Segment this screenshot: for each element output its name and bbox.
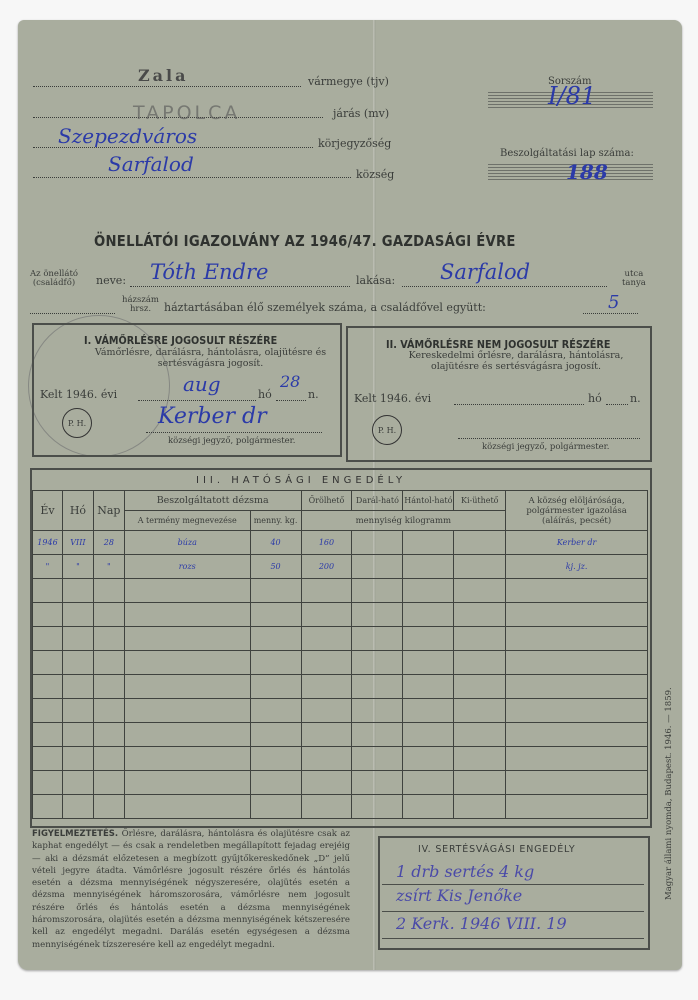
warning-notice: FIGYELMEZTETÉS. Őrlésre, darálásra, hánt… [32,828,350,951]
col-levy-group: Beszolgáltatott dézsma [124,491,301,511]
table-cell-husk [403,795,454,819]
table-cell-qty: 50 [250,555,301,579]
county-line [33,86,301,87]
table-cell-day [93,723,124,747]
col-quantity: menny. kg. [250,511,301,531]
table-cell-cert: kj. jz. [506,555,648,579]
table-cell-month [62,771,93,795]
table-cell-press [454,627,506,651]
col-huskable: Hántol-ható [403,491,454,511]
table-cell-husk [403,699,454,723]
county-value: Zala [138,66,189,85]
table-cell-press [454,723,506,747]
table-cell-year [33,771,63,795]
table-cell-mill [352,771,403,795]
table-cell-day [93,795,124,819]
residence-value: Sarfalod [440,260,530,284]
table-cell-cert [506,747,648,771]
delivery-sheet-label: Beszolgáltatási lap száma: [500,148,634,159]
residence-label: lakása: [356,274,395,287]
section-3-title: III. HATÓSÁGI ENGEDÉLY [196,475,406,486]
table-cell-crop: rozs [124,555,250,579]
table-cell-month [62,651,93,675]
section-4-line-2: zsírt Kis Jenőke [396,886,522,905]
table-cell-crop [124,795,250,819]
table-cell-crop [124,675,250,699]
table-cell-press [454,699,506,723]
table-cell-qty [250,795,301,819]
table-cell-mill [352,747,403,771]
table-cell-year [33,627,63,651]
section-2-month-label: hó [588,392,602,405]
table-row [33,675,648,699]
printer-note: Magyar állami nyomda, Budapest. 1946. — … [664,687,674,900]
col-millable: Darál-ható [352,491,403,511]
section-1-month-line [138,400,256,401]
table-cell-year: " [33,555,63,579]
table-cell-mill [352,579,403,603]
table-cell-day [93,627,124,651]
holder-label: Az önellátó (családfő) [30,270,78,288]
section-1-day-suffix: n. [308,388,319,401]
notary-district-value: Szepezdváros [58,124,197,148]
table-cell-cert [506,603,648,627]
table-cell-husk [403,723,454,747]
table-cell-press [454,603,506,627]
table-row [33,747,648,771]
table-cell-year: 1946 [33,531,63,555]
section-4-line-1: 1 drb sertés 4 kg [396,862,534,881]
table-cell-crop [124,603,250,627]
table-row [33,723,648,747]
col-certification: A község elöljárósága, polgármester igaz… [506,491,648,531]
section-1-signer-label: községi jegyző, polgármester. [168,437,296,446]
table-cell-husk [403,747,454,771]
table-cell-husk [403,579,454,603]
table-cell-year [33,651,63,675]
table-cell-year [33,747,63,771]
table-cell-mill [352,699,403,723]
table-row [33,651,648,675]
table-cell-day [93,675,124,699]
table-cell-husk [403,627,454,651]
table-row [33,795,648,819]
section-2-signature-line [458,438,640,439]
table-cell-mill [352,603,403,627]
table-cell-husk [403,651,454,675]
table-cell-qty [250,771,301,795]
table-row [33,627,648,651]
table-cell-mill [352,531,403,555]
notary-district-label: körjegyzőség [318,137,391,150]
table-cell-mill [352,555,403,579]
table-cell-grind [301,651,352,675]
table-cell-crop [124,723,250,747]
table-cell-mill [352,723,403,747]
table-cell-day [93,651,124,675]
table-cell-cert [506,771,648,795]
table-cell-month [62,603,93,627]
section-1-date-label: Kelt 1946. évi [40,388,117,401]
table-cell-press [454,747,506,771]
table-cell-grind [301,579,352,603]
table-cell-press [454,771,506,795]
table-cell-year [33,699,63,723]
table-cell-grind [301,723,352,747]
table-cell-day [93,603,124,627]
table-cell-husk [403,603,454,627]
table-cell-grind [301,771,352,795]
table-cell-qty [250,675,301,699]
section-1-day-value: 28 [280,372,300,391]
household-count-value: 5 [608,292,619,313]
permit-table-body: 1946VIII28búza40160Kerber dr"""rozs50200… [33,531,648,819]
warning-heading: FIGYELMEZTETÉS. [32,829,118,839]
table-cell-cert [506,699,648,723]
col-pressable: Ki-üthető [454,491,506,511]
section-4-line-3: 2 Kerk. 1946 VIII. 19 [396,914,567,933]
table-cell-month: VIII [62,531,93,555]
village-line [33,177,351,178]
holder-name-value: Tóth Endre [150,260,268,284]
table-cell-month [62,699,93,723]
table-cell-grind [301,627,352,651]
table-cell-crop [124,579,250,603]
table-cell-day [93,579,124,603]
district-value: Tapolca [133,102,240,124]
table-cell-cert [506,627,648,651]
section-1-subtitle: Vámőrlésre, darálásra, hántolásra, olajü… [88,347,333,369]
table-cell-cert [506,795,648,819]
table-cell-cert [506,675,648,699]
table-row [33,699,648,723]
table-cell-year [33,675,63,699]
table-cell-qty: 40 [250,531,301,555]
section-1-signature-line [146,432,322,433]
table-cell-mill [352,627,403,651]
table-cell-cert [506,651,648,675]
table-cell-qty [250,699,301,723]
section-2-day-line [606,404,628,405]
table-cell-crop [124,651,250,675]
table-cell-press [454,531,506,555]
district-label: járás (mv) [333,107,389,120]
table-cell-cert [506,723,648,747]
table-cell-mill [352,675,403,699]
table-cell-husk [403,771,454,795]
table-cell-press [454,555,506,579]
warning-text: Őrlésre, darálásra, hántolásra és olajüt… [32,829,350,950]
section-1-month-label: hó [258,388,272,401]
section-1-signature: Kerber dr [158,404,267,429]
section-1-seal-place: P. H. [62,408,92,438]
table-cell-grind [301,675,352,699]
street-farm-label: utca tanya [622,270,646,288]
col-crop-name: A termény megnevezése [124,511,250,531]
name-label: neve: [96,274,126,287]
col-grindable: Őrölhető [301,491,352,511]
table-cell-month [62,627,93,651]
table-cell-day [93,771,124,795]
table-cell-press [454,579,506,603]
section-1-month-value: aug [183,372,221,396]
table-cell-husk [403,675,454,699]
table-cell-year [33,723,63,747]
certificate-document: Zala vármegye (tjv) Tapolca járás (mv) S… [18,20,682,970]
table-cell-month: " [62,555,93,579]
table-cell-crop [124,747,250,771]
table-cell-year [33,795,63,819]
section-2-date-label: Kelt 1946. évi [354,392,431,405]
county-label: vármegye (tjv) [308,75,389,88]
residence-line [402,286,607,287]
col-day: Nap [93,491,124,531]
table-row [33,603,648,627]
table-cell-grind: 160 [301,531,352,555]
table-cell-cert: Kerber dr [506,531,648,555]
table-cell-husk [403,531,454,555]
section-4-title: IV. SERTÉSVÁGÁSI ENGEDÉLY [418,844,575,855]
household-label: háztartásában élő személyek száma, a csa… [164,301,486,314]
table-cell-cert [506,579,648,603]
table-cell-grind [301,699,352,723]
table-cell-month [62,795,93,819]
table-cell-day [93,747,124,771]
table-cell-year [33,579,63,603]
table-cell-qty [250,627,301,651]
table-cell-press [454,795,506,819]
table-cell-grind: 200 [301,555,352,579]
table-cell-crop: búza [124,531,250,555]
col-year: Év [33,491,63,531]
table-cell-qty [250,603,301,627]
table-cell-crop [124,627,250,651]
table-row: 1946VIII28búza40160Kerber dr [33,531,648,555]
table-cell-month [62,747,93,771]
table-cell-grind [301,603,352,627]
section-2-signer-label: községi jegyző, polgármester. [482,443,610,452]
col-month: Hó [62,491,93,531]
village-value: Sarfalod [108,152,194,176]
house-number-line [30,313,115,314]
table-cell-qty [250,747,301,771]
permit-table: Év Hó Nap Beszolgáltatott dézsma Őrölhet… [32,490,648,819]
table-cell-mill [352,651,403,675]
name-line [130,286,350,287]
table-row: """rozs50200kj. jz. [33,555,648,579]
section-2-day-suffix: n. [630,392,641,405]
section-1-day-line [276,400,306,401]
table-row [33,579,648,603]
delivery-sheet-value: 188 [566,160,608,184]
table-cell-crop [124,699,250,723]
table-cell-press [454,675,506,699]
section-1-title: I. VÁMŐRLÉSRE JOGOSULT RÉSZÉRE [84,335,277,347]
section-2-subtitle: Kereskedelmi őrlésre, darálásra, hántolá… [390,350,642,372]
table-row [33,771,648,795]
section-2-month-line [454,404,584,405]
village-label: község [356,168,394,181]
table-cell-qty [250,651,301,675]
table-cell-grind [301,795,352,819]
table-cell-husk [403,555,454,579]
household-line [583,313,638,314]
house-number-label: házszám hrsz. [122,296,159,314]
table-cell-year [33,603,63,627]
document-title: ÖNELLÁTÓI IGAZOLVÁNY AZ 1946/47. GAZDASÁ… [94,232,516,250]
table-cell-press [454,651,506,675]
table-cell-grind [301,747,352,771]
table-cell-crop [124,771,250,795]
section-2-seal-place: P. H. [372,415,402,445]
table-cell-day [93,699,124,723]
serial-value: I/81 [548,82,596,110]
table-cell-month [62,579,93,603]
table-cell-month [62,723,93,747]
table-cell-day: " [93,555,124,579]
table-cell-month [62,675,93,699]
table-cell-day: 28 [93,531,124,555]
table-cell-mill [352,795,403,819]
col-quantity-unit: mennyiség kilogramm [301,511,506,531]
table-cell-qty [250,579,301,603]
table-cell-qty [250,723,301,747]
